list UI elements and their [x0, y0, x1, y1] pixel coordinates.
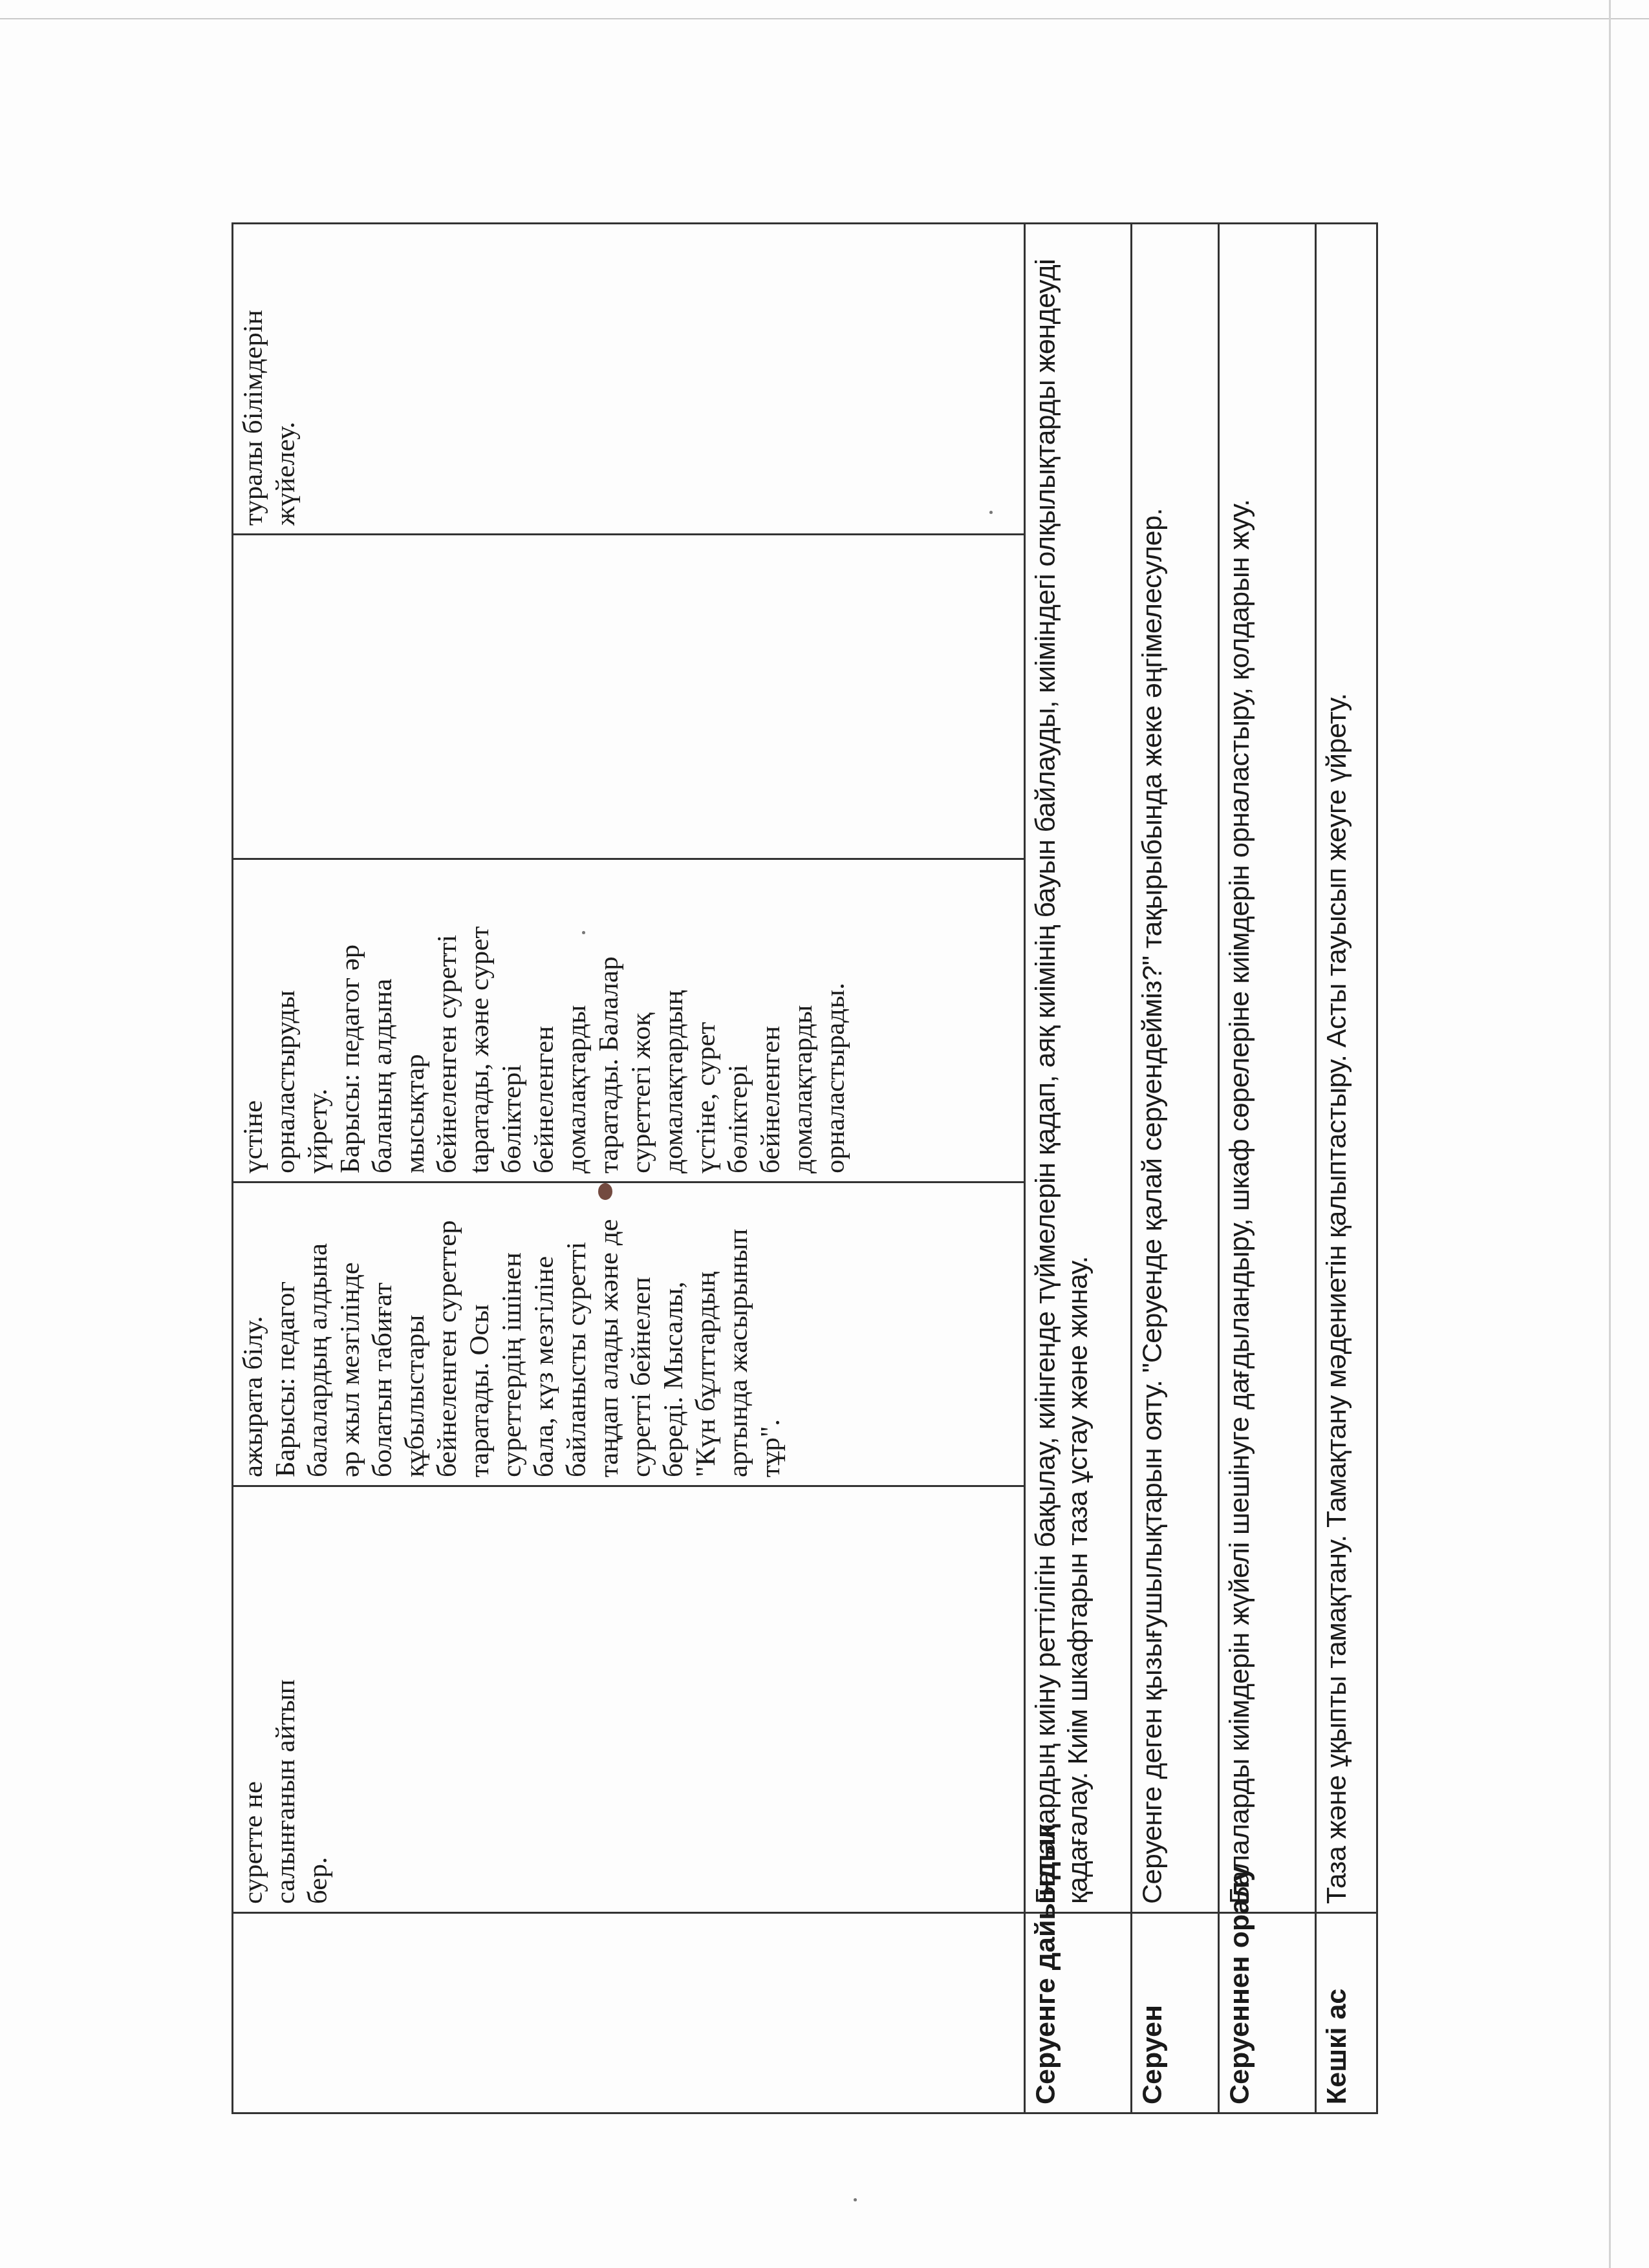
table-row: Серуен Серуенге деген қызығушылықтарын о…: [1132, 224, 1219, 2113]
row-text-return-from-walk: Балаларды киімдерін жүйелі шешінуге дағд…: [1219, 224, 1316, 1913]
table-row: Серуеннен оралу Балаларды киімдерін жүйе…: [1219, 224, 1316, 2113]
activity-cell-describe-picture: суретте не салынғанын айтып бер.: [233, 1486, 1025, 1913]
scan-edge-right: [1609, 0, 1611, 2268]
scan-speck: [854, 2198, 857, 2201]
activity-cell-seasons-pictures: ажырата білу. Барысы: педагог балалардың…: [233, 1182, 1025, 1486]
daily-plan-table: суретте не салынғанын айтып бер. ажырата…: [232, 222, 1378, 2114]
table-row: Серуенге дайындық Балалардың киіну ретті…: [1025, 224, 1132, 2113]
activity-cell-cats-puzzle: үстіне орналастыруды үйрету. Барысы: пед…: [233, 859, 1025, 1182]
row-label-dinner: Кешкі ас: [1316, 1913, 1377, 2113]
row-text-walk-preparation: Балалардың киіну реттілігін бақылау, киі…: [1025, 224, 1132, 1913]
row-label-walk: Серуен: [1132, 1913, 1219, 2113]
row-text-walk: Серуенге деген қызығушылықтарын ояту. "С…: [1132, 224, 1219, 1913]
activity-cell-systematize-knowledge: туралы білімдерін жүйелеу.: [233, 224, 1025, 535]
row-label-walk-preparation: Серуенге дайындық: [1025, 1913, 1132, 2113]
scan-edge-top: [0, 18, 1649, 19]
rotated-page-content: суретте не салынғанын айтып бер. ажырата…: [232, 224, 1368, 2114]
table-row-activity-continued: суретте не салынғанын айтып бер. ажырата…: [233, 224, 1025, 2113]
row-text-dinner: Таза және ұқыпты тамақтану. Тамақтану мә…: [1316, 224, 1377, 1913]
table-row: Кешкі ас Таза және ұқыпты тамақтану. Там…: [1316, 224, 1377, 2113]
row-label-cell: [233, 1913, 1025, 2113]
activity-cell-empty: [233, 535, 1025, 859]
row-label-return-from-walk: Серуеннен оралу: [1219, 1913, 1316, 2113]
